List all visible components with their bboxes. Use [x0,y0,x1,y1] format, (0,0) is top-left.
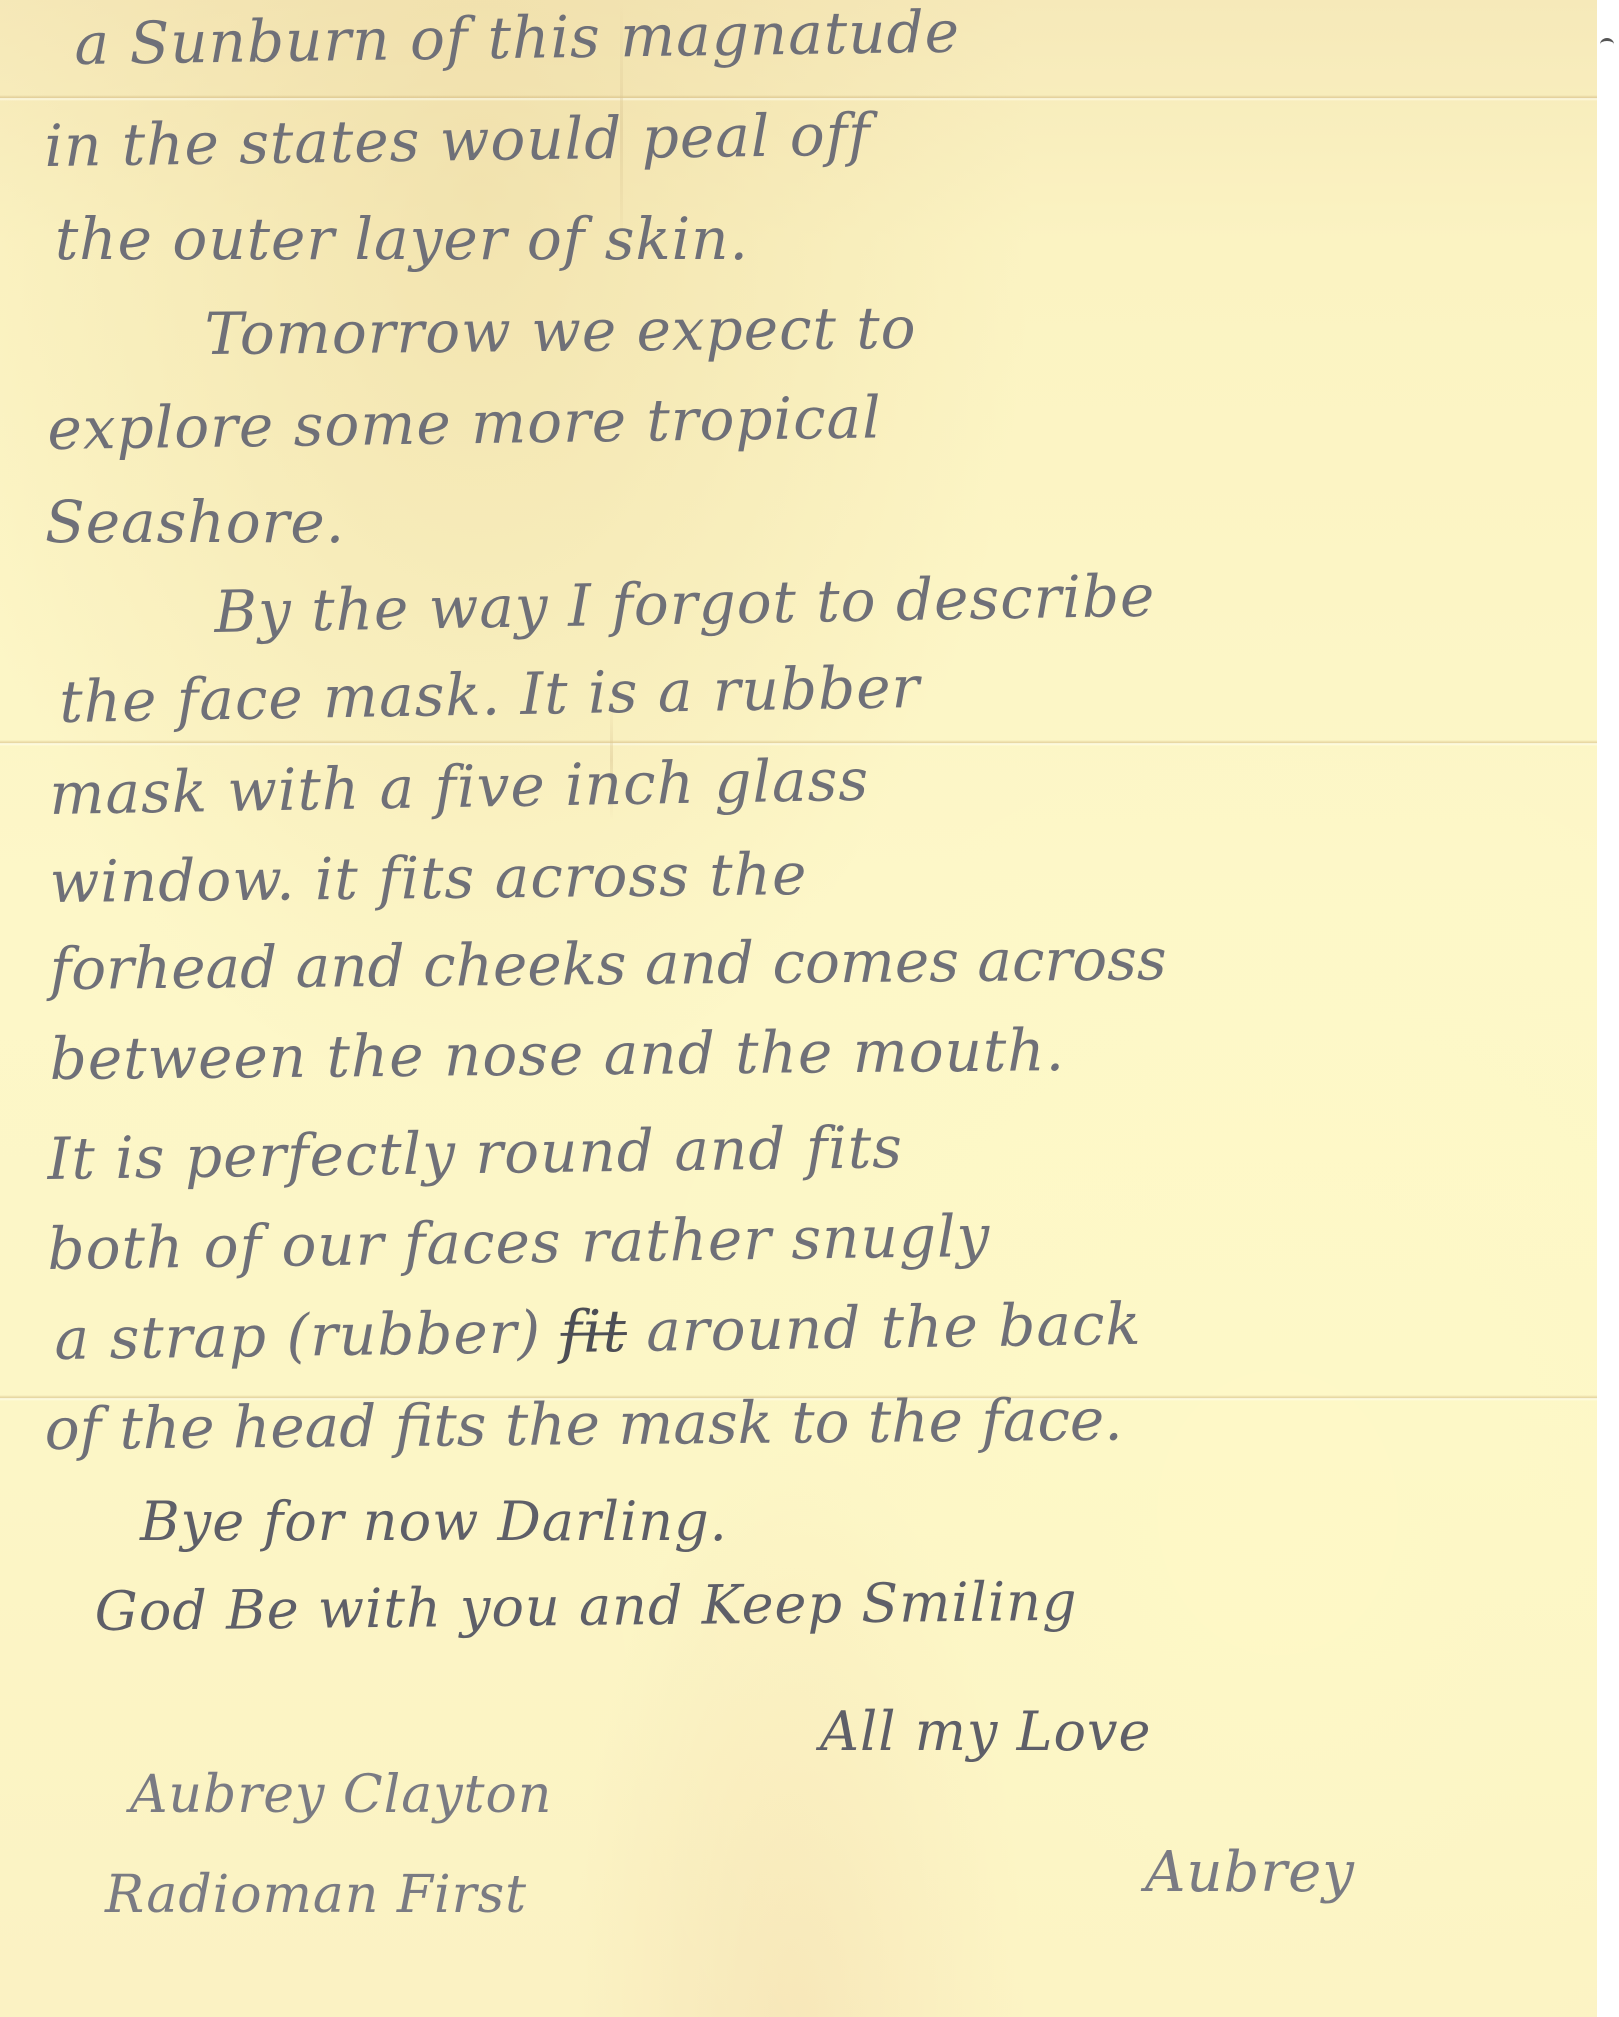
letter-line: explore some more tropical [47,383,882,463]
letter-line: Tomorrow we expect to [204,294,916,368]
letter-line: Seashore. [45,488,345,556]
letter-line: forhead and cheeks and comes across [49,925,1166,1003]
signature-name: Aubrey [1145,1840,1355,1905]
signature-full-name: Aubrey Clayton [130,1765,552,1825]
letter-line: between the nose and the mouth. [49,1016,1065,1093]
letter-line: the face mask. It is a rubber [59,653,921,736]
struck-out-word: fit [560,1297,627,1366]
letter-line: the outer layer of skin. [55,205,749,273]
around-phrase: around the back [646,1290,1142,1365]
letter-line: It is perfectly round and fits [47,1113,903,1193]
letter-line: in the states would peal off [44,100,871,180]
letter-line: of the head fits the mask to the face. [44,1386,1123,1463]
closing-farewell: Bye for now Darling. [140,1490,728,1553]
letter-line: a strap (rubber) fit around the back [54,1290,1142,1373]
letter-line: window. it fits across the [49,840,807,916]
letter-line: both of our faces rather snugly [47,1202,991,1283]
fold-crease-top [0,95,1597,101]
letter-line: a Sunburn of this magnatude [74,0,960,78]
letter-page: a Sunburn of this magnatude in the state… [0,0,1597,2017]
strap-phrase: a strap (rubber) [54,1298,542,1373]
closing-love: All my Love [820,1700,1151,1763]
letter-line: mask with a five inch glass [49,746,870,828]
closing-blessing: God Be with you and Keep Smiling [94,1570,1077,1643]
letter-line: By the way I forgot to describe [214,562,1156,646]
fold-crease-middle [0,740,1597,746]
signature-rank: Radioman First [105,1865,527,1925]
paper-clip-mark [1600,38,1614,51]
